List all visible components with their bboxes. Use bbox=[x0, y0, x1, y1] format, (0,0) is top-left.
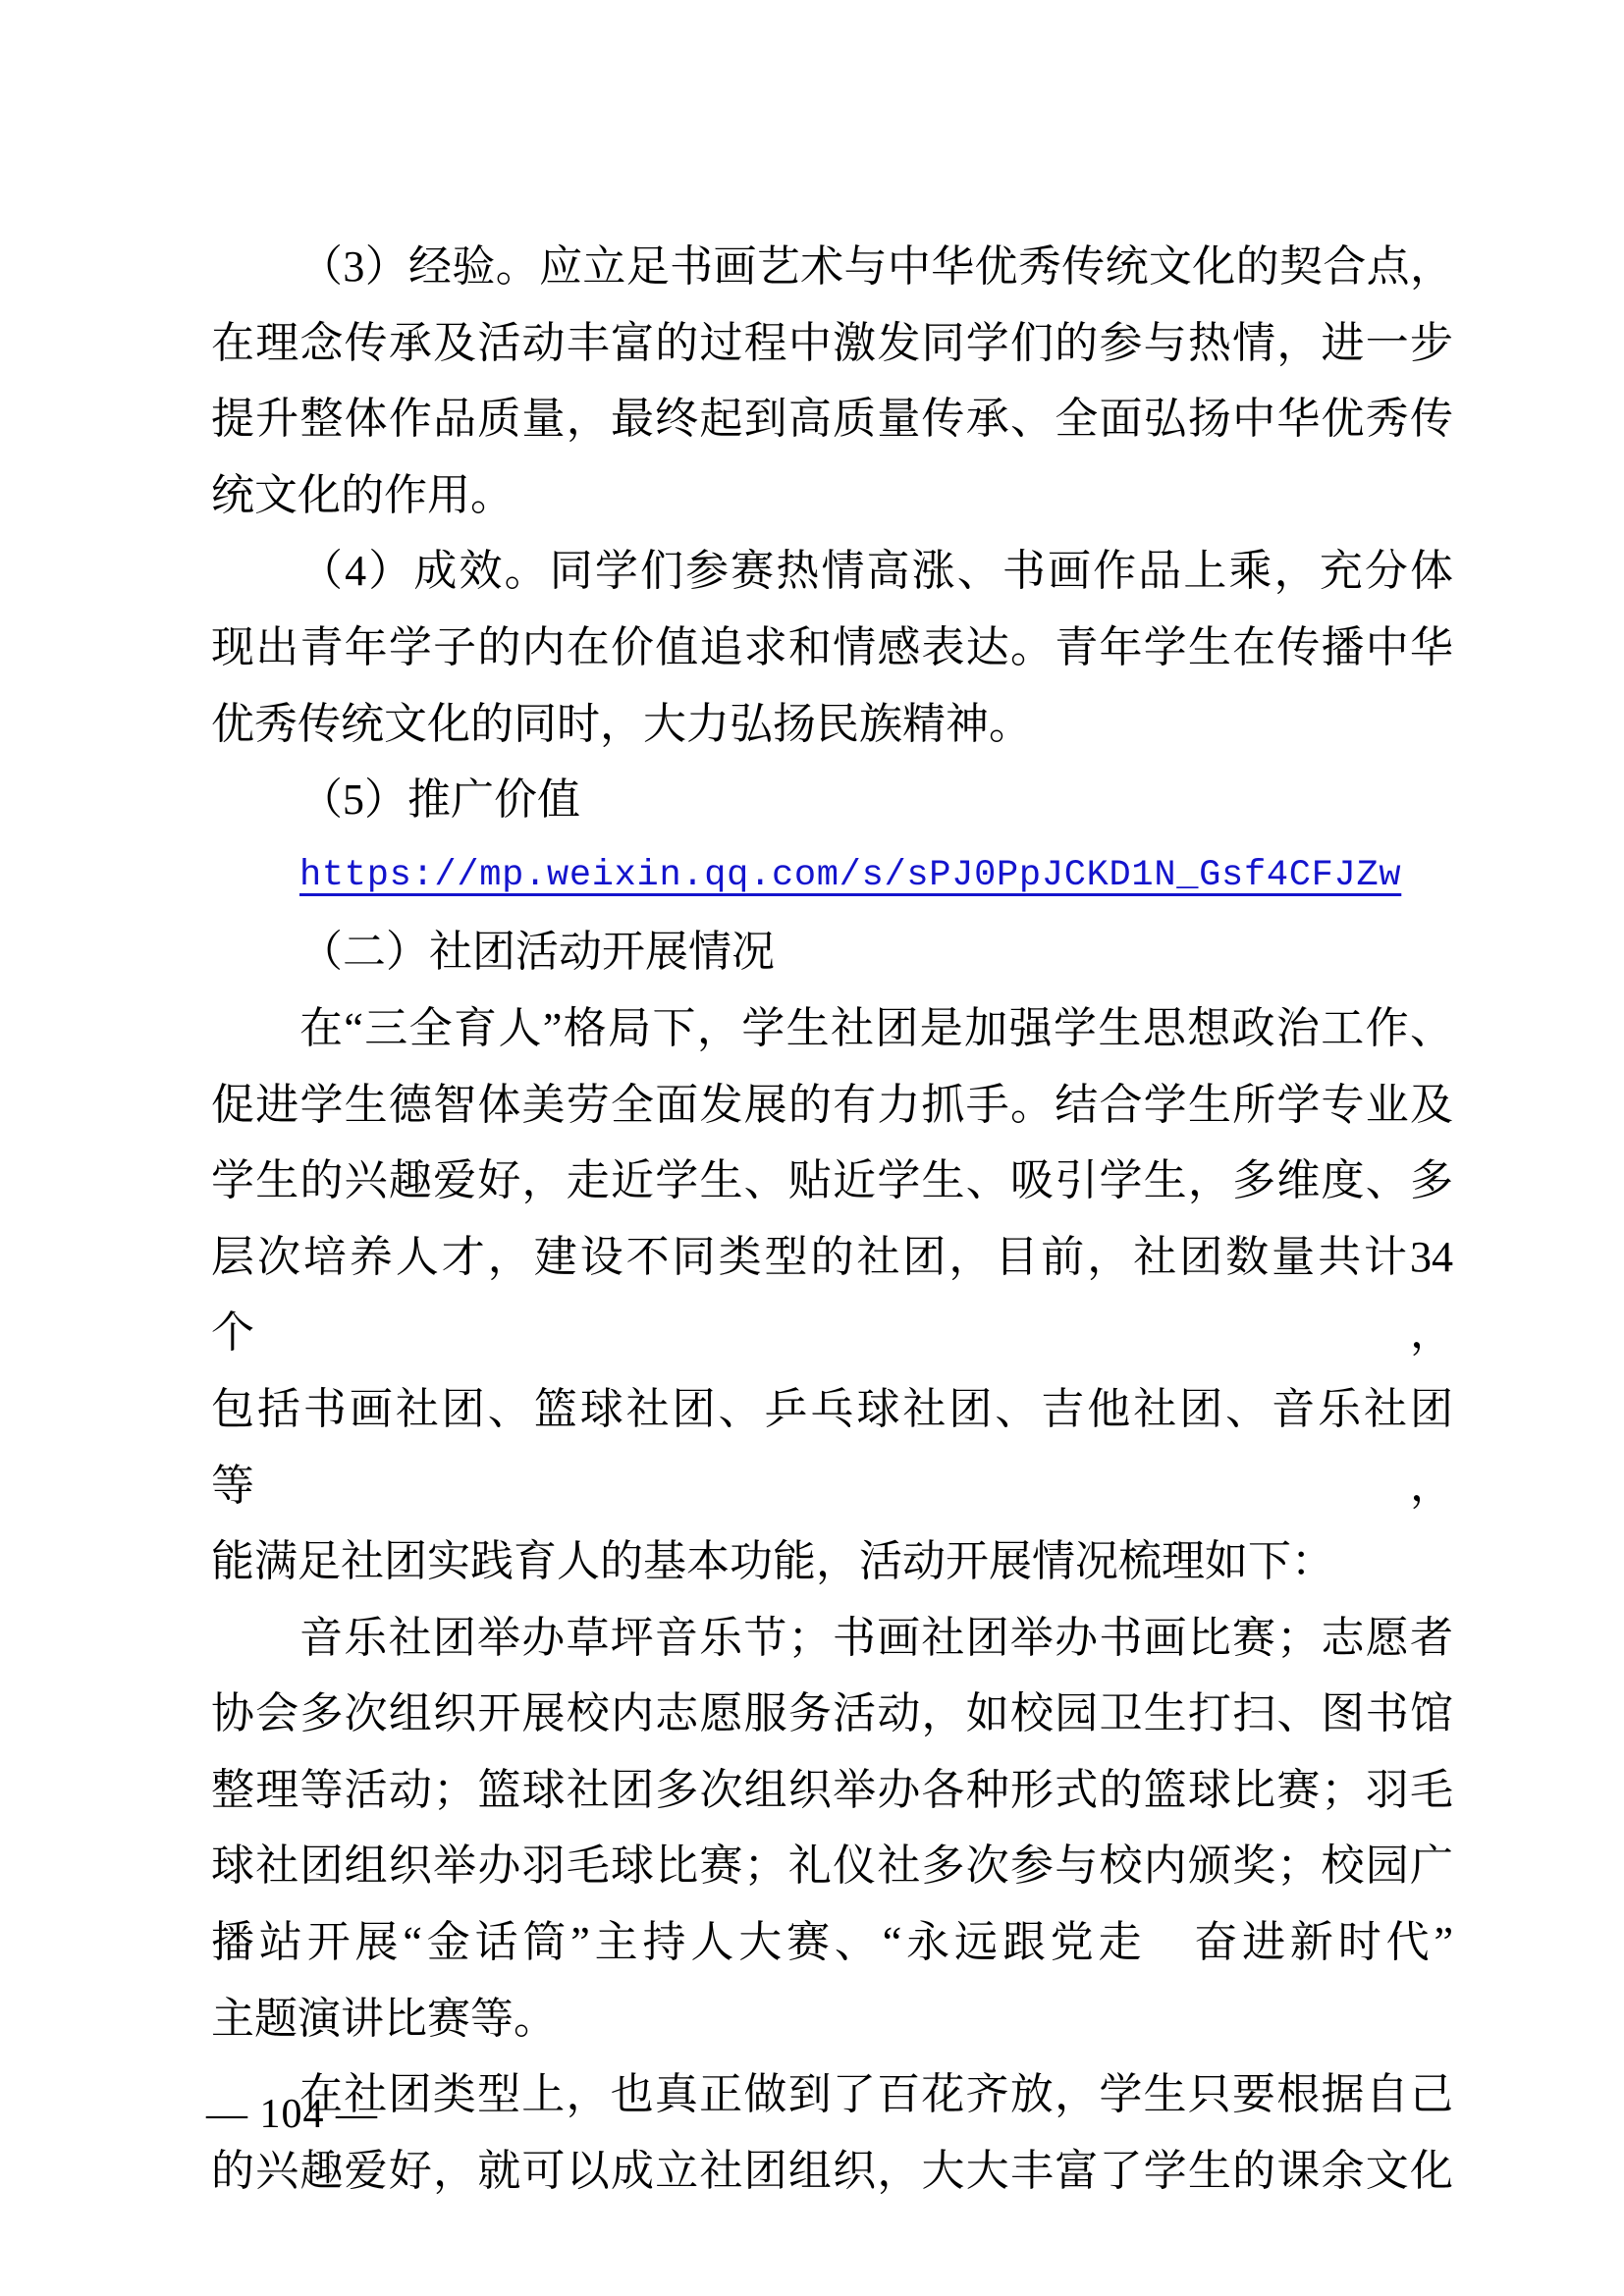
text-line: 在理念传承及活动丰富的过程中激发同学们的参与热情，进一步 bbox=[211, 305, 1453, 382]
page: （3）经验。应立足书画艺术与中华优秀传统文化的契合点，在理念传承及活动丰富的过程… bbox=[0, 0, 1624, 2296]
text-line: 整理等活动；篮球社团多次组织举办各种形式的篮球比赛；羽毛 bbox=[211, 1752, 1453, 1829]
text-line: 优秀传统文化的同时，大力弘扬民族精神。 bbox=[211, 686, 1453, 763]
document-text-block: （3）经验。应立足书画艺术与中华优秀传统文化的契合点，在理念传承及活动丰富的过程… bbox=[211, 229, 1453, 2209]
text-line: 在社团类型上，也真正做到了百花齐放，学生只要根据自己 bbox=[211, 2056, 1453, 2133]
text-line: 包括书画社团、篮球社团、乒乓球社团、吉他社团、音乐社团等， bbox=[211, 1371, 1453, 1523]
page-number: — 104 — bbox=[206, 2094, 378, 2135]
text-line: 球社团组织举办羽毛球比赛；礼仪社多次参与校内颁奖；校园广 bbox=[211, 1828, 1453, 1904]
text-line: 音乐社团举办草坪音乐节；书画社团举办书画比赛；志愿者 bbox=[211, 1600, 1453, 1677]
text-line: （二）社团活动开展情况 bbox=[211, 914, 1453, 990]
text-line: 能满足社团实践育人的基本功能，活动开展情况梳理如下： bbox=[211, 1523, 1453, 1600]
text-line: 现出青年学子的内在价值追求和情感表达。青年学生在传播中华 bbox=[211, 610, 1453, 686]
text-line: 提升整体作品质量，最终起到高质量传承、全面弘扬中华优秀传 bbox=[211, 381, 1453, 457]
text-line: 学生的兴趣爱好，走近学生、贴近学生、吸引学生，多维度、多 bbox=[211, 1143, 1453, 1219]
text-line: 主题演讲比赛等。 bbox=[211, 1981, 1453, 2057]
text-line: （3）经验。应立足书画艺术与中华优秀传统文化的契合点， bbox=[211, 229, 1453, 305]
weixin-article-link[interactable]: https://mp.weixin.qq.com/s/sPJ0PpJCKD1N_… bbox=[211, 838, 1453, 915]
text-line: 协会多次组织开展校内志愿服务活动，如校园卫生打扫、图书馆 bbox=[211, 1676, 1453, 1752]
text-line: 的兴趣爱好，就可以成立社团组织，大大丰富了学生的课余文化 bbox=[211, 2133, 1453, 2210]
text-line: （5）推广价值 bbox=[211, 762, 1453, 838]
text-line: （4）成效。同学们参赛热情高涨、书画作品上乘，充分体 bbox=[211, 533, 1453, 610]
text-line: 层次培养人才，建设不同类型的社团，目前，社团数量共计34个， bbox=[211, 1219, 1453, 1371]
text-line: 在“三全育人”格局下，学生社团是加强学生思想政治工作、 bbox=[211, 990, 1453, 1067]
text-line: 统文化的作用。 bbox=[211, 457, 1453, 534]
text-line: 播站开展“金话筒”主持人大赛、“永远跟党走 奋进新时代” bbox=[211, 1904, 1453, 1981]
text-line: 促进学生德智体美劳全面发展的有力抓手。结合学生所学专业及 bbox=[211, 1067, 1453, 1144]
